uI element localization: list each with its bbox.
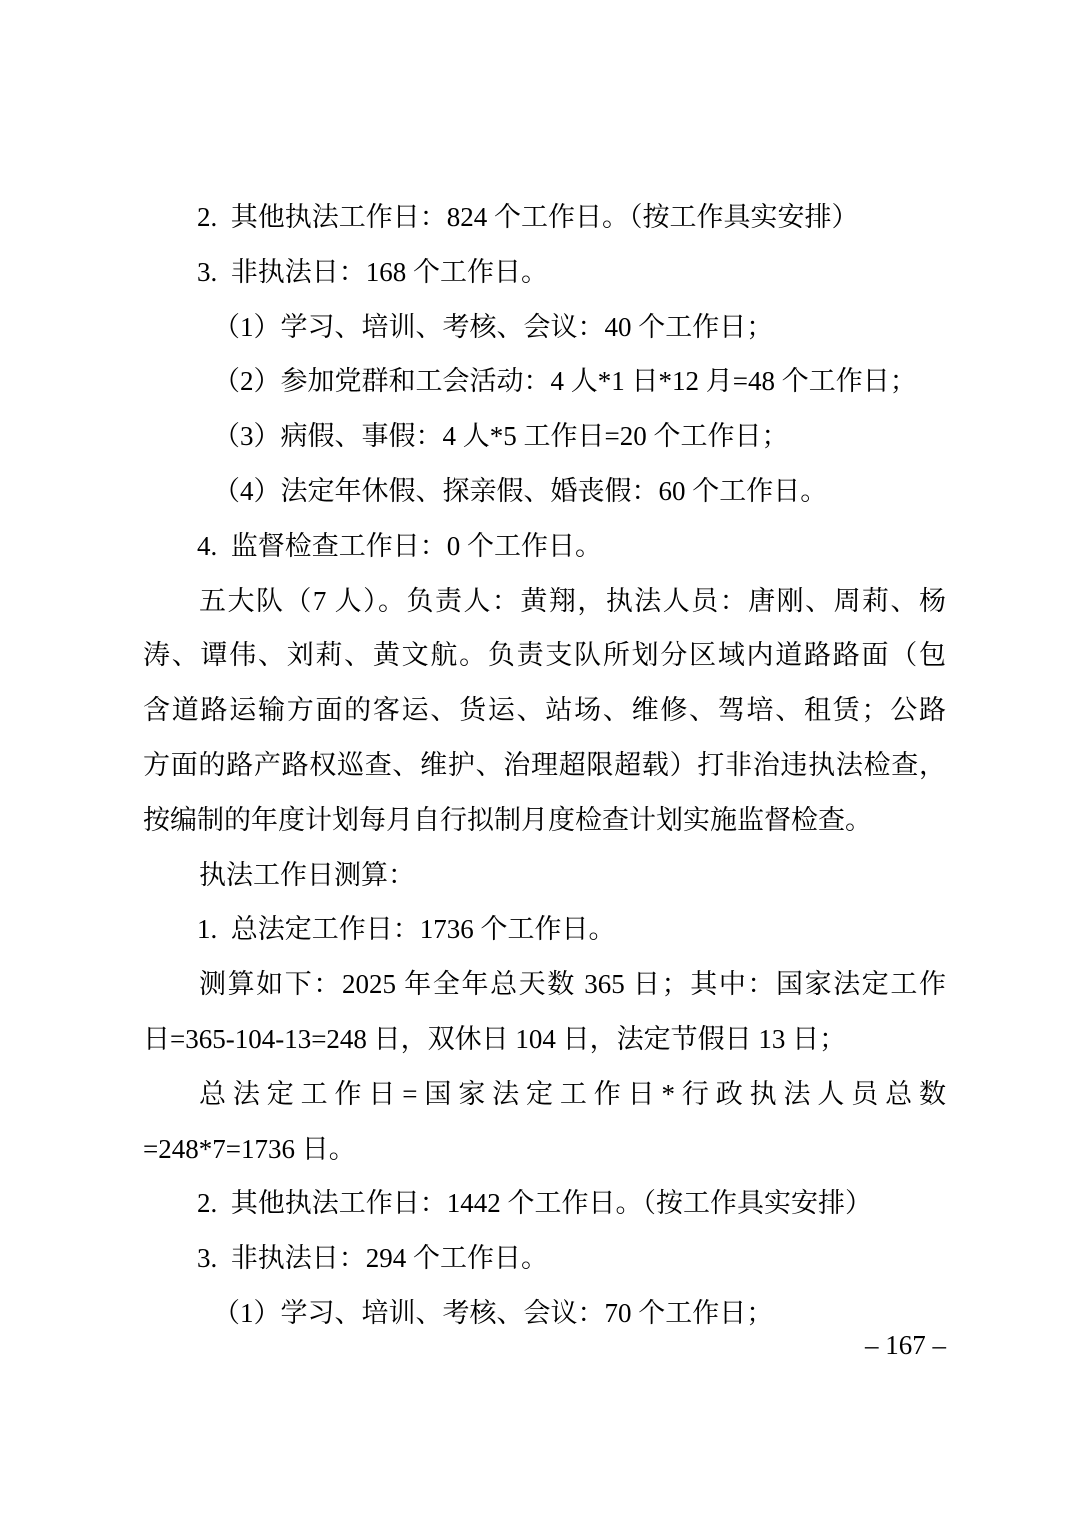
text-line: 3. 非执法日：294 个工作日。 [143, 1231, 946, 1286]
text-line: （1）学习、培训、考核、会议：70 个工作日； [143, 1286, 946, 1341]
text-line: 3. 非执法日：168 个工作日。 [143, 245, 946, 300]
text-line: 1. 总法定工作日：1736 个工作日。 [143, 902, 946, 957]
text-line: 4. 监督检查工作日：0 个工作日。 [143, 519, 946, 574]
text-line: 测算如下：2025 年全年总天数 365 日；其中：国家法定工作 [143, 957, 946, 1012]
document-body: 2. 其他执法工作日：824 个工作日。（按工作具实安排）3. 非执法日：168… [143, 190, 946, 1341]
text-line: 2. 其他执法工作日：824 个工作日。（按工作具实安排） [143, 190, 946, 245]
text-line: （4）法定年休假、探亲假、婚丧假：60 个工作日。 [143, 464, 946, 519]
text-line: （1）学习、培训、考核、会议：40 个工作日； [143, 300, 946, 355]
text-line: 按编制的年度计划每月自行拟制月度检查计划实施监督检查。 [143, 793, 946, 848]
text-line: 五大队（7 人）。负责人：黄翔，执法人员：唐刚、周莉、杨 [143, 574, 946, 629]
page-number: – 167 – [865, 1328, 946, 1362]
text-line: 涛、谭伟、刘莉、黄文航。负责支队所划分区域内道路路面（包 [143, 628, 946, 683]
text-line: （3）病假、事假：4 人*5 工作日=20 个工作日； [143, 409, 946, 464]
text-line: 日=365-104-13=248 日，双休日 104 日，法定节假日 13 日； [143, 1012, 946, 1067]
text-line: 执法工作日测算： [143, 848, 946, 903]
text-line: 总法定工作日=国家法定工作日*行政执法人员总数 [143, 1067, 946, 1122]
text-line: 2. 其他执法工作日：1442 个工作日。（按工作具实安排） [143, 1176, 946, 1231]
text-line: 方面的路产路权巡查、维护、治理超限超载）打非治违执法检查， [143, 738, 946, 793]
text-line: 含道路运输方面的客运、货运、站场、维修、驾培、租赁；公路 [143, 683, 946, 738]
text-line: （2）参加党群和工会活动：4 人*1 日*12 月=48 个工作日； [143, 354, 946, 409]
document-page: 2. 其他执法工作日：824 个工作日。（按工作具实安排）3. 非执法日：168… [0, 0, 1074, 1520]
text-line: =248*7=1736 日。 [143, 1122, 946, 1177]
